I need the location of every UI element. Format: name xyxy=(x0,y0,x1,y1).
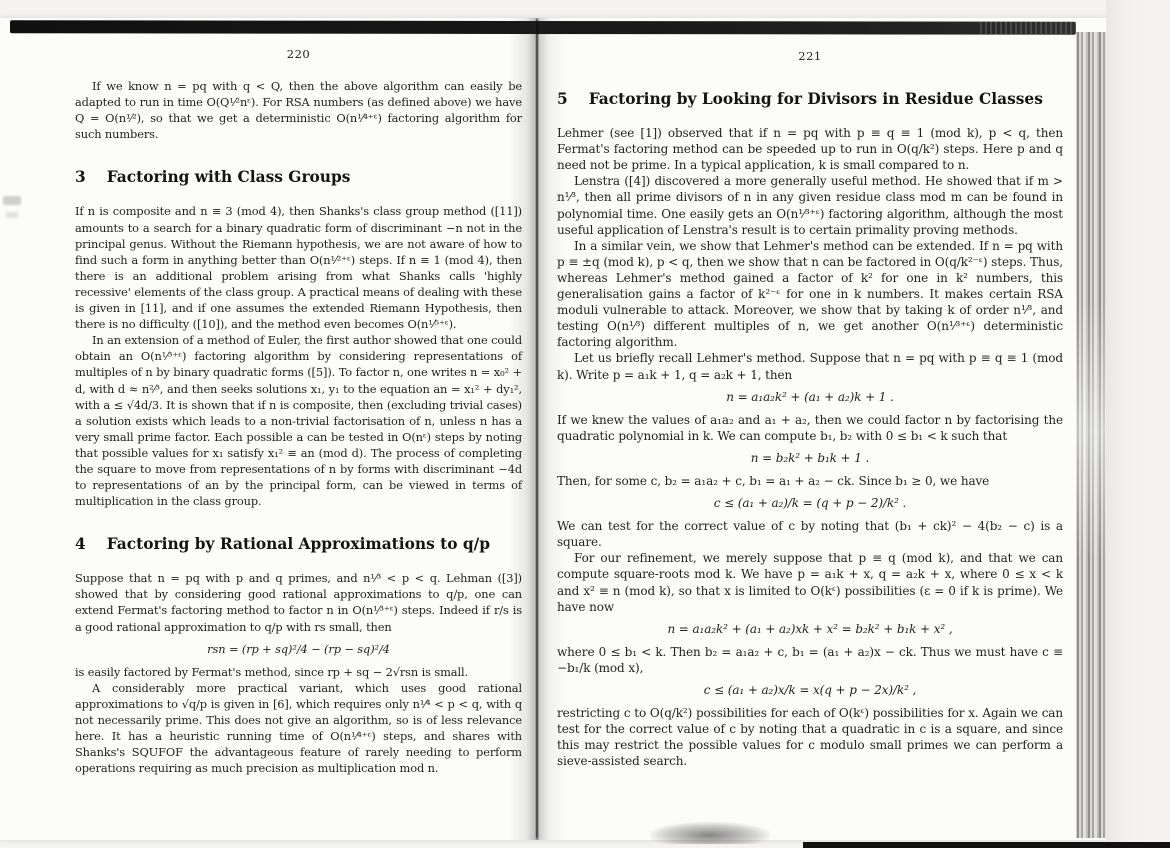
paragraph: Lehmer (see [1]) observed that if n = pq… xyxy=(557,125,1063,173)
equation: c ≤ (a₁ + a₂)/k = (q + p − 2)/k² . xyxy=(557,495,1063,511)
page-left-body: If we know n = pq with q < Q, then the a… xyxy=(75,78,522,776)
section-heading: 3Factoring with Class Groups xyxy=(75,167,522,187)
scan-top-edge-texture xyxy=(980,21,1076,34)
section-number: 4 xyxy=(75,535,86,553)
scan-top-edge xyxy=(10,20,1076,34)
scanned-book-spread: 220 If we know n = pq with q < Q, then t… xyxy=(0,0,1170,848)
paragraph: If we knew the values of a₁a₂ and a₁ + a… xyxy=(557,412,1063,444)
section-number: 3 xyxy=(75,168,86,186)
section-title: Factoring by Looking for Divisors in Res… xyxy=(589,90,1043,108)
equation: n = a₁a₂k² + (a₁ + a₂)xk + x² = b₂k² + b… xyxy=(557,621,1063,637)
equation: n = b₂k² + b₁k + 1 . xyxy=(557,450,1063,466)
equation: rsn = (rp + sq)²/4 − (rp − sq)²/4 xyxy=(75,641,522,657)
section-title: Factoring with Class Groups xyxy=(107,168,351,186)
gutter-bottom-shadow xyxy=(650,822,770,844)
equation: n = a₁a₂k² + (a₁ + a₂)k + 1 . xyxy=(557,389,1063,405)
page-number-right: 221 xyxy=(557,48,1063,64)
page-number-left: 220 xyxy=(75,46,522,62)
section-heading: 5Factoring by Looking for Divisors in Re… xyxy=(557,89,1063,109)
paragraph: Lenstra ([4]) discovered a more generall… xyxy=(557,173,1063,237)
page-right: 221 5Factoring by Looking for Divisors i… xyxy=(557,48,1063,769)
paragraph: restricting c to O(q/k²) possibilities f… xyxy=(557,705,1063,769)
paragraph: In an extension of a method of Euler, th… xyxy=(75,332,522,509)
paragraph: Then, for some c, b₂ = a₁a₂ + c, b₁ = a₁… xyxy=(557,473,1063,489)
paragraph: A considerably more practical variant, w… xyxy=(75,680,522,777)
scan-bottom-edge xyxy=(803,842,1170,848)
book-page-edges-highlight xyxy=(1076,300,1106,560)
paragraph: For our refinement, we merely suppose th… xyxy=(557,550,1063,614)
paragraph: If n is composite and n ≡ 3 (mod 4), the… xyxy=(75,203,522,332)
section-heading: 4Factoring by Rational Approximations to… xyxy=(75,534,522,554)
scanner-background xyxy=(1106,0,1170,848)
scan-smudge xyxy=(6,212,18,218)
section-number: 5 xyxy=(557,90,568,108)
paragraph: In a similar vein, we show that Lehmer's… xyxy=(557,238,1063,351)
paragraph: We can test for the correct value of c b… xyxy=(557,518,1063,550)
page-left: 220 If we know n = pq with q < Q, then t… xyxy=(75,46,522,776)
equation: c ≤ (a₁ + a₂)x/k = x(q + p − 2x)/k² , xyxy=(557,682,1063,698)
paragraph: where 0 ≤ b₁ < k. Then b₂ = a₁a₂ + c, b₁… xyxy=(557,644,1063,676)
page-right-body: 5Factoring by Looking for Divisors in Re… xyxy=(557,89,1063,769)
paragraph: Suppose that n = pq with p and q primes,… xyxy=(75,570,522,634)
scan-smudge xyxy=(3,196,21,205)
paragraph: is easily factored by Fermat's method, s… xyxy=(75,664,522,680)
paragraph: Let us briefly recall Lehmer's method. S… xyxy=(557,350,1063,382)
paragraph: If we know n = pq with q < Q, then the a… xyxy=(75,78,522,142)
book-gutter-line xyxy=(536,20,538,838)
section-title: Factoring by Rational Approximations to … xyxy=(107,535,490,553)
